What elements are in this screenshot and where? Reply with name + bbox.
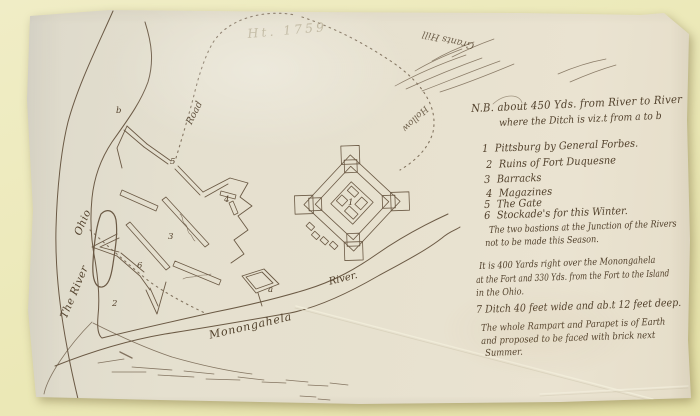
map-paper: Ht. 1759 Grants Hill Hollow Road Ohio Th… xyxy=(0,0,700,416)
magazine-rect xyxy=(229,201,238,215)
marker-ruins-2: 2 xyxy=(112,300,117,309)
legend-item-label: Barracks xyxy=(497,172,542,186)
grants-hill-hatching xyxy=(395,39,616,92)
marker-stockade-6: 6 xyxy=(137,262,142,271)
marker-gate-5: 5 xyxy=(170,158,175,167)
hills-hatching xyxy=(44,322,348,400)
scanned-map: Ht. 1759 Grants Hill Hollow Road Ohio Th… xyxy=(0,0,700,416)
illegible-squiggles xyxy=(180,96,522,279)
legend-item: 3Barracks xyxy=(484,173,542,185)
marker-barracks-3: 3 xyxy=(168,233,173,242)
paper-shadow-wrap: Ht. 1759 Grants Hill Hollow Road Ohio Th… xyxy=(0,0,700,416)
path-to-hollow xyxy=(302,17,434,170)
legend-item-number: 6 xyxy=(484,210,491,222)
ohio-river-lines xyxy=(56,11,152,399)
legend-item-number: 2 xyxy=(486,159,493,171)
marker-ditch-b: b xyxy=(116,107,121,116)
redoubt-diamond xyxy=(242,269,279,306)
legend-item-number: 1 xyxy=(482,143,489,155)
distance-note-line3: in the Ohio. xyxy=(476,287,524,298)
marker-magazines-4: 4 xyxy=(224,196,229,205)
marker-ditch-a: a xyxy=(268,286,273,295)
legend-item-number: 3 xyxy=(484,174,491,186)
marker-fort-1: 1 xyxy=(348,199,353,208)
rampart-note-line3: Summer. xyxy=(485,348,523,359)
